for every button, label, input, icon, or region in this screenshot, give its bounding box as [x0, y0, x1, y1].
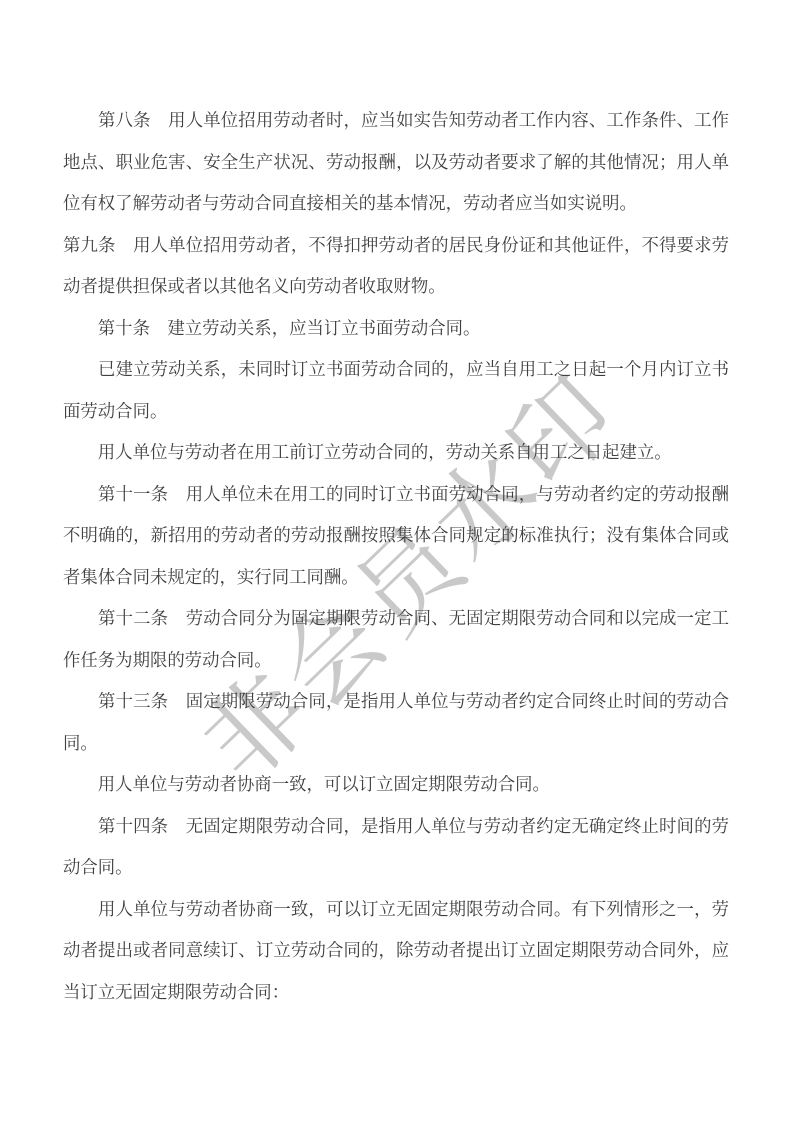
text-line: 第十三条 固定期限劳动合同，是指用人单位与劳动者约定合同终止时间的劳动合 — [63, 681, 729, 723]
text-line: 动者提出或者同意续订、订立劳动合同的，除劳动者提出订立固定期限劳动合同外，应 — [63, 930, 729, 972]
paragraph: 第十四条 无固定期限劳动合同，是指用人单位与劳动者约定无确定终止时间的劳动合同。 — [63, 806, 729, 889]
text-line: 作任务为期限的劳动合同。 — [63, 640, 729, 682]
text-line: 第十二条 劳动合同分为固定期限劳动合同、无固定期限劳动合同和以完成一定工 — [63, 598, 729, 640]
text-line: 当订立无固定期限劳动合同： — [63, 972, 729, 1014]
paragraph: 第九条 用人单位招用劳动者，不得扣押劳动者的居民身份证和其他证件，不得要求劳动者… — [63, 225, 729, 308]
text-line: 第十条 建立劳动关系，应当订立书面劳动合同。 — [63, 308, 729, 350]
text-line: 同。 — [63, 723, 729, 765]
document-body: 第八条 用人单位招用劳动者时，应当如实告知劳动者工作内容、工作条件、工作地点、职… — [63, 100, 729, 1013]
text-line: 第九条 用人单位招用劳动者，不得扣押劳动者的居民身份证和其他证件，不得要求劳 — [63, 225, 729, 267]
text-line: 位有权了解劳动者与劳动合同直接相关的基本情况，劳动者应当如实说明。 — [63, 183, 729, 225]
text-line: 第八条 用人单位招用劳动者时，应当如实告知劳动者工作内容、工作条件、工作 — [63, 100, 729, 142]
text-line: 地点、职业危害、安全生产状况、劳动报酬，以及劳动者要求了解的其他情况；用人单 — [63, 142, 729, 184]
text-line: 者集体合同未规定的，实行同工同酬。 — [63, 557, 729, 599]
text-line: 用人单位与劳动者在用工前订立劳动合同的，劳动关系自用工之日起建立。 — [63, 432, 729, 474]
text-line: 第十四条 无固定期限劳动合同，是指用人单位与劳动者约定无确定终止时间的劳 — [63, 806, 729, 848]
text-line: 第十一条 用人单位未在用工的同时订立书面劳动合同，与劳动者约定的劳动报酬 — [63, 474, 729, 516]
text-line: 已建立劳动关系，未同时订立书面劳动合同的，应当自用工之日起一个月内订立书 — [63, 349, 729, 391]
document-page: 非会员水印 第八条 用人单位招用劳动者时，应当如实告知劳动者工作内容、工作条件、… — [0, 0, 800, 1131]
paragraph: 用人单位与劳动者在用工前订立劳动合同的，劳动关系自用工之日起建立。 — [63, 432, 729, 474]
paragraph: 第十三条 固定期限劳动合同，是指用人单位与劳动者约定合同终止时间的劳动合同。 — [63, 681, 729, 764]
paragraph: 第十一条 用人单位未在用工的同时订立书面劳动合同，与劳动者约定的劳动报酬不明确的… — [63, 474, 729, 599]
text-line: 用人单位与劳动者协商一致，可以订立无固定期限劳动合同。有下列情形之一，劳 — [63, 889, 729, 931]
paragraph: 第八条 用人单位招用劳动者时，应当如实告知劳动者工作内容、工作条件、工作地点、职… — [63, 100, 729, 225]
paragraph: 已建立劳动关系，未同时订立书面劳动合同的，应当自用工之日起一个月内订立书面劳动合… — [63, 349, 729, 432]
text-line: 用人单位与劳动者协商一致，可以订立固定期限劳动合同。 — [63, 764, 729, 806]
paragraph: 第十二条 劳动合同分为固定期限劳动合同、无固定期限劳动合同和以完成一定工作任务为… — [63, 598, 729, 681]
paragraph: 用人单位与劳动者协商一致，可以订立无固定期限劳动合同。有下列情形之一，劳动者提出… — [63, 889, 729, 1014]
text-line: 不明确的，新招用的劳动者的劳动报酬按照集体合同规定的标准执行；没有集体合同或 — [63, 515, 729, 557]
text-line: 动者提供担保或者以其他名义向劳动者收取财物。 — [63, 266, 729, 308]
text-line: 面劳动合同。 — [63, 391, 729, 433]
paragraph: 第十条 建立劳动关系，应当订立书面劳动合同。 — [63, 308, 729, 350]
paragraph: 用人单位与劳动者协商一致，可以订立固定期限劳动合同。 — [63, 764, 729, 806]
text-line: 动合同。 — [63, 847, 729, 889]
